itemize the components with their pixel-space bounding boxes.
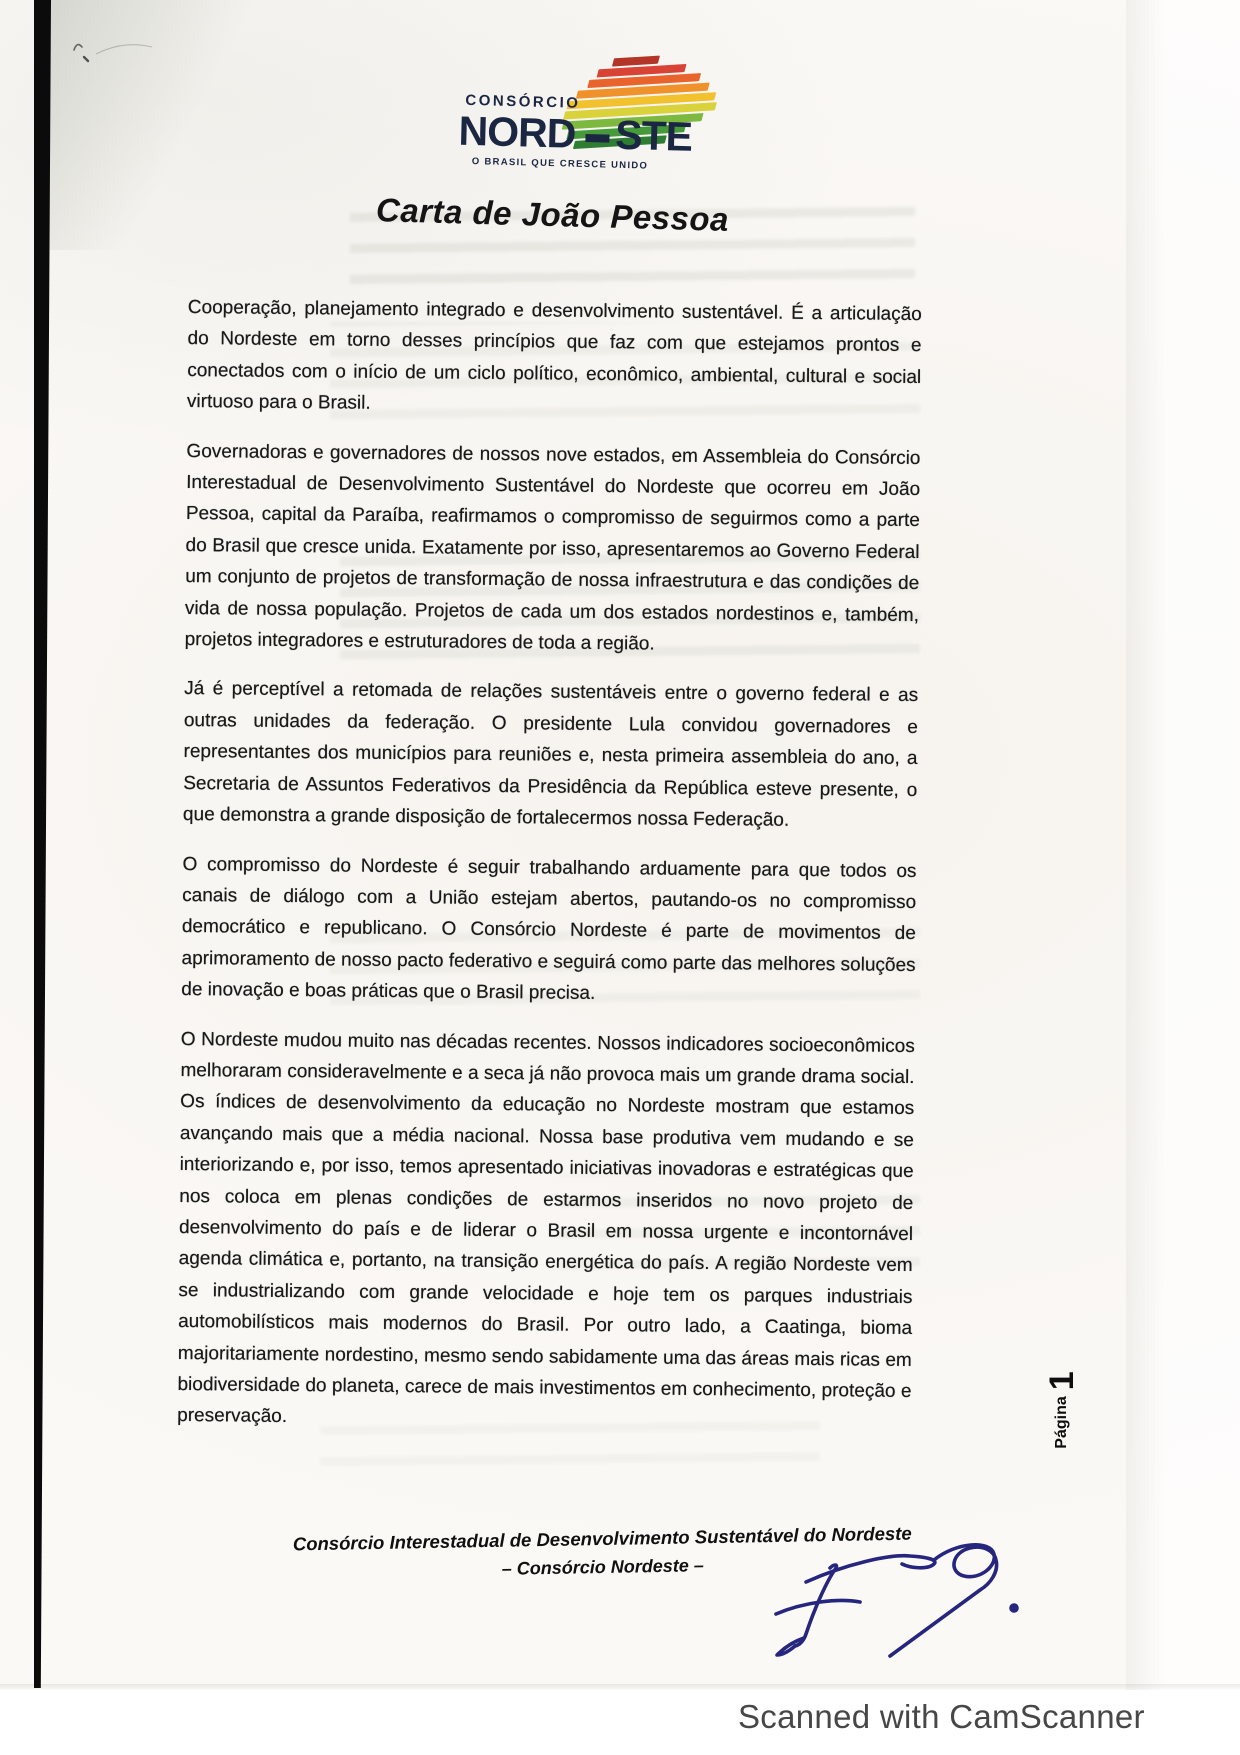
- camscanner-band: Scanned with CamScanner: [0, 1690, 1240, 1755]
- scan-right-edge: [1126, 0, 1240, 1690]
- page-number: Página 1: [1044, 1350, 1080, 1470]
- letter-body: Cooperação, planejamento integrado e des…: [177, 292, 922, 1457]
- page-number-label: Página: [1053, 1396, 1071, 1448]
- logo-e-dash: [585, 133, 609, 142]
- logo-word-right: STE: [615, 112, 693, 161]
- camscanner-watermark: Scanned with CamScanner: [738, 1698, 1145, 1736]
- logo-stripe: [612, 56, 660, 67]
- letter-title: Carta de João Pessoa: [185, 186, 921, 245]
- paragraph: O Nordeste mudou muito nas décadas recen…: [177, 1023, 915, 1438]
- paragraph: Já é perceptível a retomada de relações …: [183, 673, 918, 837]
- signature-ink: [742, 1538, 1042, 1678]
- paragraph: Governadoras e governadores de nossos no…: [185, 436, 921, 663]
- paragraph: Cooperação, planejamento integrado e des…: [187, 292, 922, 425]
- scanned-page: CONSÓRCIO NORD STE O BRASIL QUE CRESCE U…: [0, 0, 1240, 1690]
- scan-left-edge: [34, 0, 51, 1688]
- logo-wordmark: NORD STE: [458, 108, 693, 161]
- logo-word-left: NORD: [458, 108, 576, 158]
- pen-mark-icon: [66, 30, 162, 72]
- consorcio-nordeste-logo: CONSÓRCIO NORD STE O BRASIL QUE CRESCE U…: [453, 52, 796, 186]
- page-number-value: 1: [1043, 1371, 1082, 1390]
- paragraph: O compromisso do Nordeste é seguir traba…: [181, 848, 916, 1012]
